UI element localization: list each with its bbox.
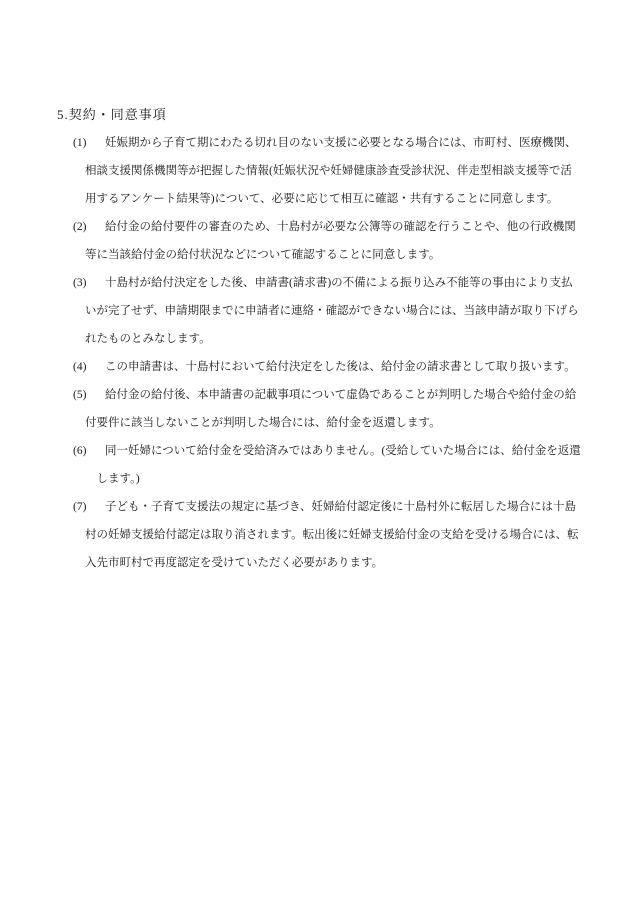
section-heading: 5.契約・同意事項 (57, 101, 630, 129)
item-text: 給付金の給付後、本申請書の記載事項について虚偽であることが判明した場合や給付金の… (85, 381, 612, 437)
agreement-item-4: (4) この申請書は、十島村において給付決定をした後は、給付金の請求書として取り… (0, 353, 630, 381)
agreement-item-6: (6) 同一妊婦について給付金を受給済みではありません。(受給していた場合には、… (0, 437, 630, 493)
agreement-item-3: (3) 十島村が給付決定をした後、申請書(請求書)の不備による振り込み不能等の事… (0, 269, 630, 353)
item-number: (2) (73, 213, 86, 241)
item-number: (6) (73, 437, 86, 465)
document-page: 5.契約・同意事項 (1) 妊娠期から子育て期にわたる切れ目のない支援に必要とな… (0, 0, 630, 903)
item-number: (4) (73, 353, 86, 381)
item-text: 十島村が給付決定をした後、申請書(請求書)の不備による振り込み不能等の事由により… (85, 269, 612, 353)
agreement-item-7: (7) 子ども・子育て支援法の規定に基づき、妊婦給付認定後に十島村外に転居した場… (0, 493, 630, 577)
item-text: この申請書は、十島村において給付決定をした後は、給付金の請求書として取り扱います… (85, 353, 612, 381)
item-text: 同一妊婦について給付金を受給済みではありません。(受給していた場合には、給付金を… (85, 437, 612, 493)
agreement-section: 5.契約・同意事項 (1) 妊娠期から子育て期にわたる切れ目のない支援に必要とな… (0, 101, 630, 577)
agreement-item-2: (2) 給付金の給付要件の審査のため、十島村が必要な公簿等の確認を行うことや、他… (0, 213, 630, 269)
item-number: (1) (73, 129, 86, 157)
item-number: (7) (73, 493, 86, 521)
item-text: 子ども・子育て支援法の規定に基づき、妊婦給付認定後に十島村外に転居した場合には十… (85, 493, 612, 577)
agreement-item-1: (1) 妊娠期から子育て期にわたる切れ目のない支援に必要となる場合には、市町村、… (0, 129, 630, 213)
item-text: 妊娠期から子育て期にわたる切れ目のない支援に必要となる場合には、市町村、医療機関… (85, 129, 612, 213)
item-number: (3) (73, 269, 86, 297)
item-number: (5) (73, 381, 86, 409)
agreement-item-5: (5) 給付金の給付後、本申請書の記載事項について虚偽であることが判明した場合や… (0, 381, 630, 437)
item-text: 給付金の給付要件の審査のため、十島村が必要な公簿等の確認を行うことや、他の行政機… (85, 213, 612, 269)
